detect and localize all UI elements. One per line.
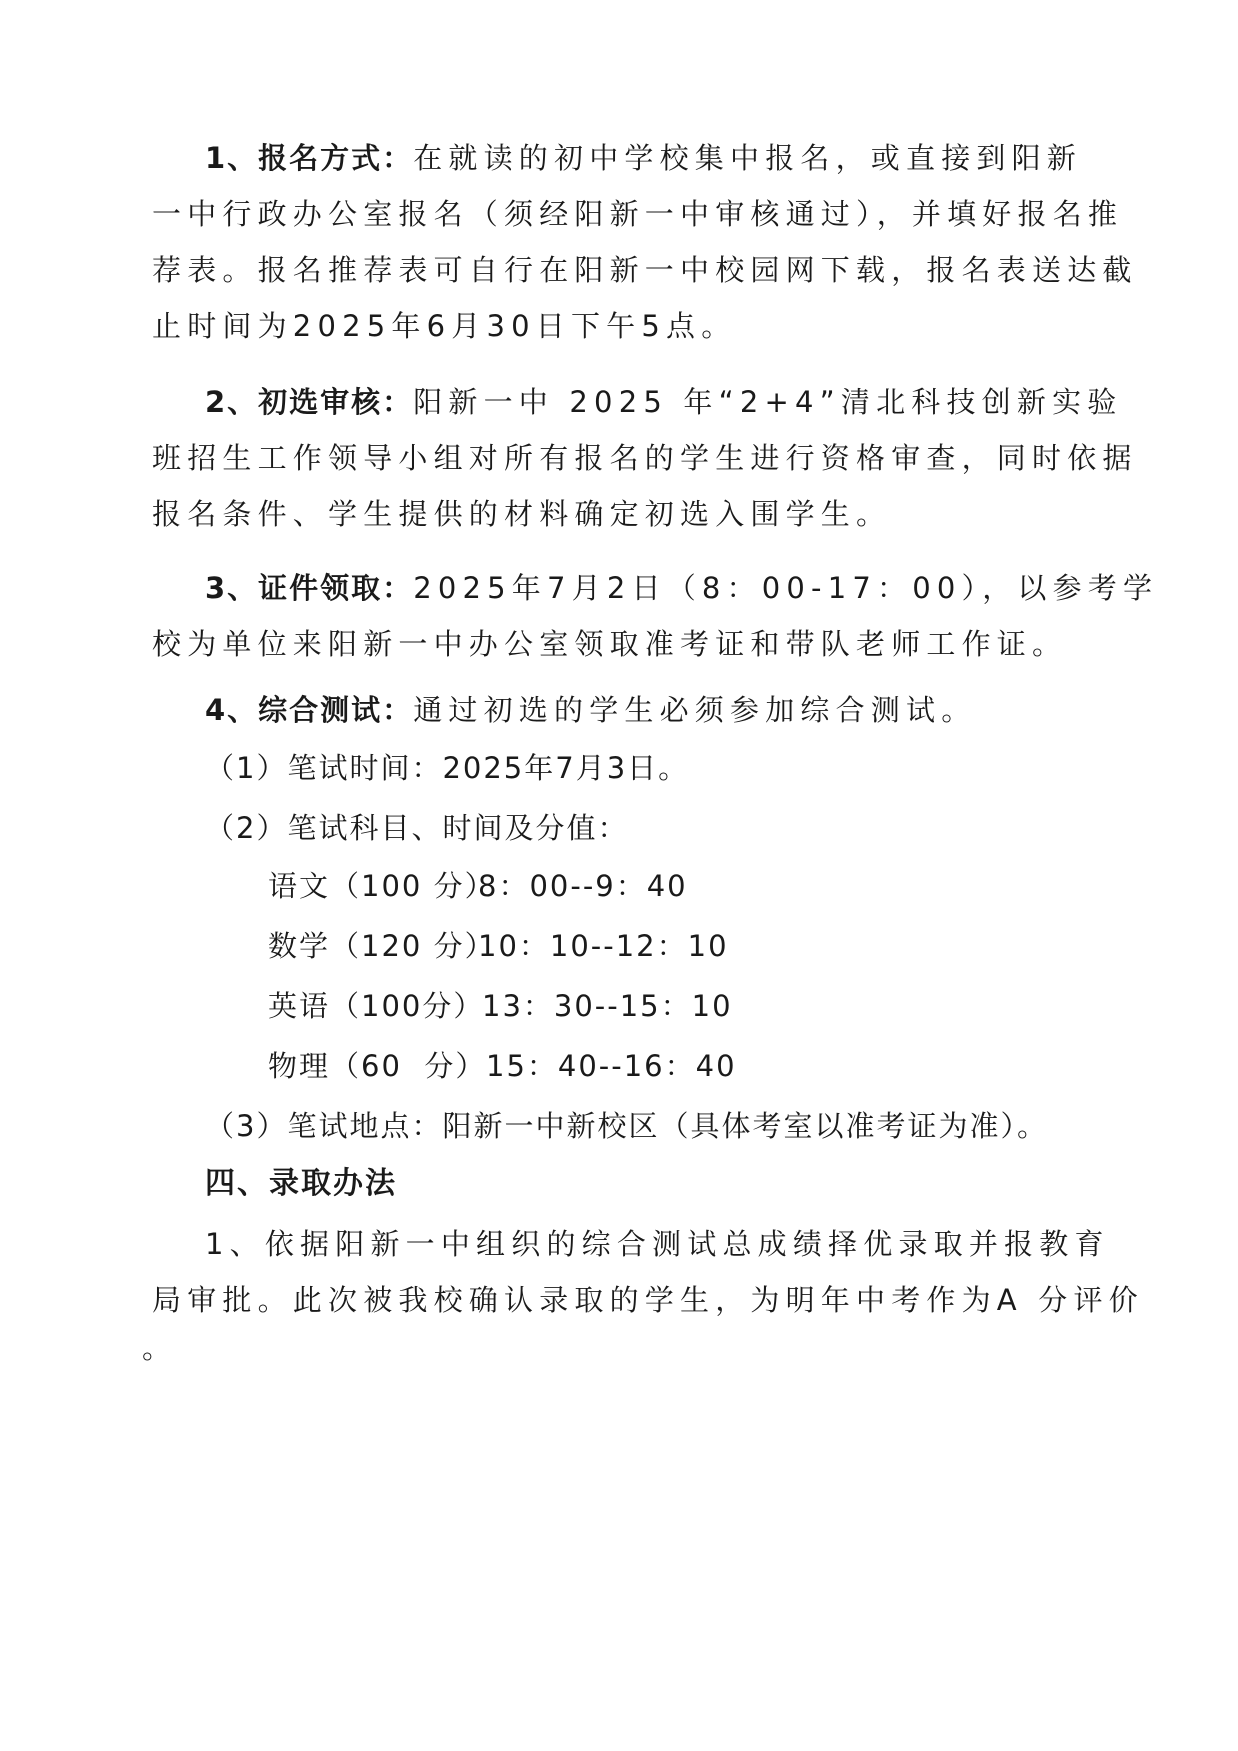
subject-row: 物理（60 分）15：40--16：40 <box>268 1046 737 1086</box>
item2-line1: 2、初选审核：阳新一中 2025 年“2+4”清北科技创新实验 <box>205 382 1122 422</box>
item1-line1: 1、报名方式：在就读的初中学校集中报名，或直接到阳新 <box>205 138 1082 178</box>
section4-heading: 四、录取办法 <box>205 1164 397 1204</box>
item2-line2: 班招生工作领导小组对所有报名的学生进行资格审查，同时依据 <box>152 438 1138 478</box>
subject-row: 英语（100分）13：30--15：10 <box>268 986 733 1026</box>
item1-label: 1、报名方式： <box>205 141 413 175</box>
item1-line3: 荐表。报名推荐表可自行在阳新一中校园网下载，报名表送达截 <box>152 250 1138 290</box>
section4-line3: 。 <box>142 1328 177 1368</box>
item1-line2: 一中行政办公室报名（须经阳新一中审核通过），并填好报名推 <box>152 194 1123 234</box>
section4-line1: 1、依据阳新一中组织的综合测试总成绩择优录取并报教育 <box>205 1224 1110 1264</box>
item4-sub1: （1）笔试时间：2025年7月3日。 <box>205 748 689 788</box>
item3-label: 3、证件领取： <box>205 571 413 605</box>
item4-sub3: （3）笔试地点：阳新一中新校区（具体考室以准考证为准）。 <box>205 1106 1048 1146</box>
item2-label: 2、初选审核： <box>205 385 413 419</box>
section4-line2: 局审批。此次被我校确认录取的学生，为明年中考作为A 分评价 <box>152 1280 1144 1320</box>
item4-label: 4、综合测试： <box>205 693 413 727</box>
item3-line1: 3、证件领取：2025年7月2日（8：00-17：00），以参考学 <box>205 568 1158 608</box>
subject-row: 数学（120 分）10：10--12：10 <box>268 926 729 966</box>
item4-line1: 4、综合测试：通过初选的学生必须参加综合测试。 <box>205 690 976 730</box>
item4-sub2: （2）笔试科目、时间及分值： <box>205 808 628 848</box>
item3-line2: 校为单位来阳新一中办公室领取准考证和带队老师工作证。 <box>152 624 1067 664</box>
item2-line3: 报名条件、学生提供的材料确定初选入围学生。 <box>152 494 891 534</box>
subject-row: 语文（100 分）8：00--9：40 <box>268 866 688 906</box>
item1-line4: 止时间为2025年6月30日下午5点。 <box>152 306 736 346</box>
